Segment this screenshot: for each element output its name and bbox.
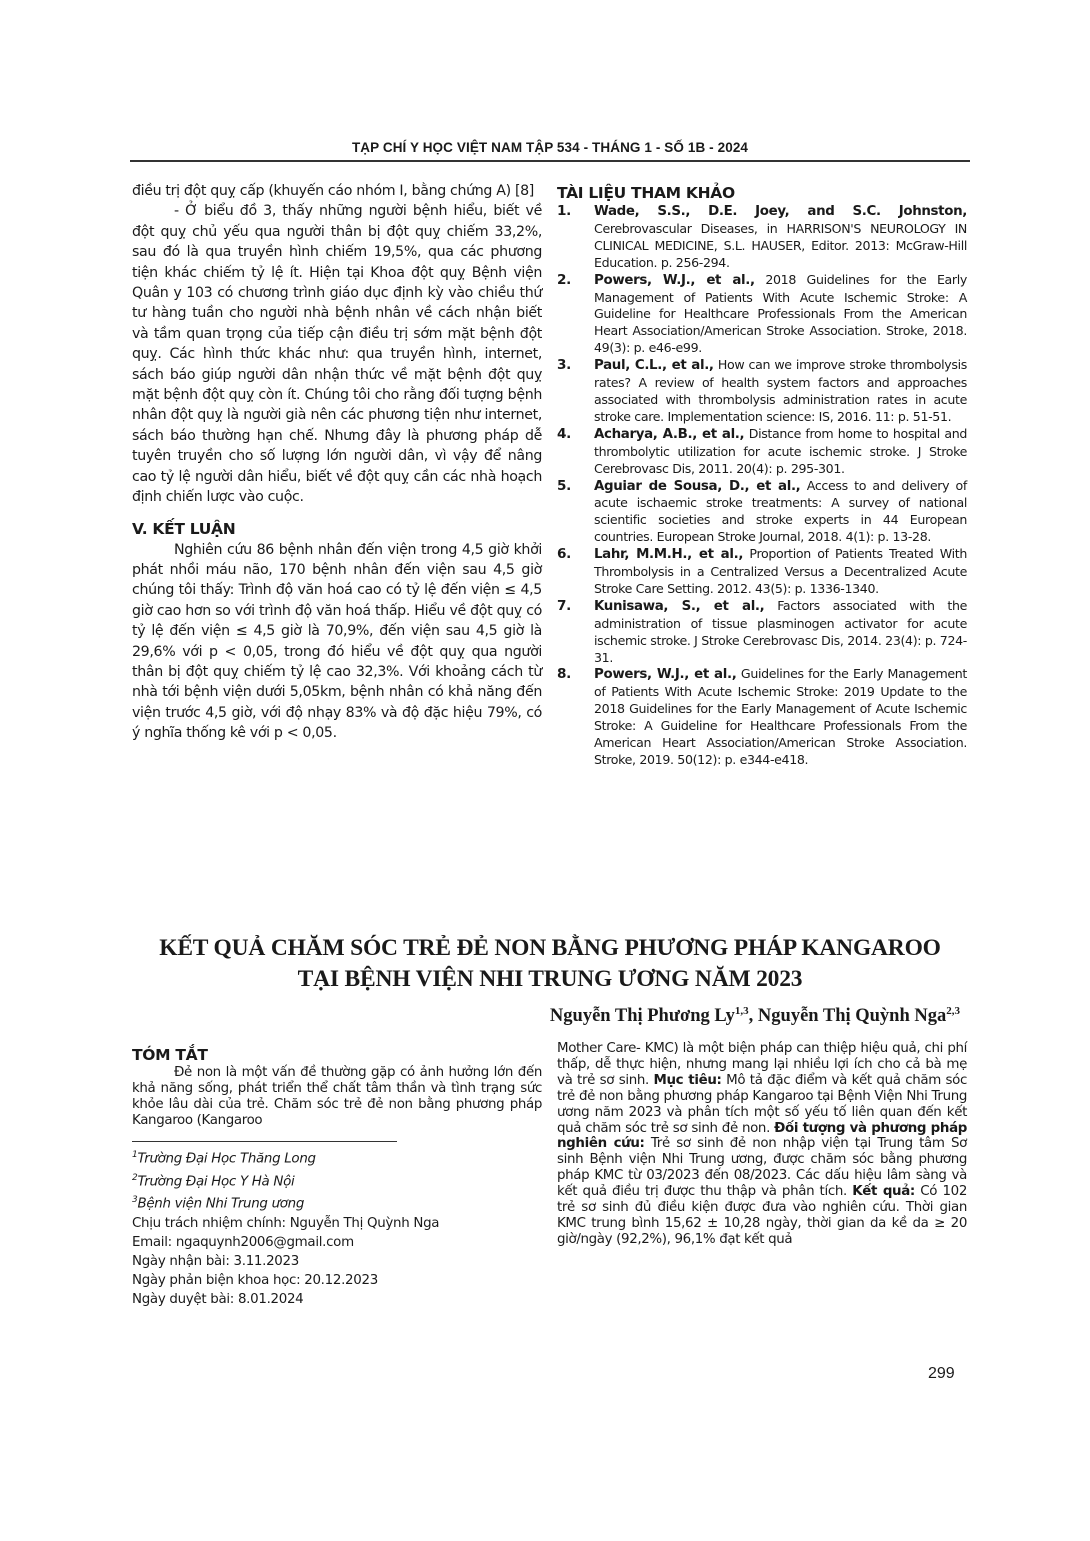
author-affiliation: 1,3 — [735, 1005, 749, 1017]
article-title-line-1: KẾT QUẢ CHĂM SÓC TRẺ ĐẺ NON BẰNG PHƯƠNG … — [130, 933, 970, 964]
references-heading: TÀI LIỆU THAM KHẢO — [557, 183, 967, 203]
email: Email: ngaquynh2006@gmail.com — [132, 1233, 542, 1252]
reference-item: 7. Kunisawa, S., et al., Factors associa… — [557, 598, 967, 667]
author-separator: , — [749, 1006, 758, 1026]
reference-number: 3. — [557, 357, 594, 426]
running-header: TẠP CHÍ Y HỌC VIỆT NAM TẬP 534 - THÁNG 1… — [130, 140, 970, 155]
reference-item: 4. Acharya, A.B., et al., Distance from … — [557, 426, 967, 478]
abstract-heading: TÓM TẮT — [132, 1045, 542, 1065]
reference-author: Aguiar de Sousa, D., et al., — [594, 479, 800, 494]
reference-item: 6. Lahr, M.M.H., et al., Proportion of P… — [557, 546, 967, 598]
reference-number: 7. — [557, 598, 594, 667]
paragraph-continuation: điều trị đột quỵ cấp (khuyến cáo nhóm I,… — [132, 181, 542, 201]
article-title-line-2: TẠI BỆNH VIỆN NHI TRUNG ƯƠNG NĂM 2023 — [130, 964, 970, 995]
abstract-right: Mother Care- KMC) là một biện pháp can t… — [557, 1041, 967, 1248]
reference-author: Powers, W.J., et al., — [594, 667, 736, 682]
abstract-left: TÓM TẮT Đẻ non là một vấn đề thường gặp … — [132, 1045, 542, 1309]
reference-number: 2. — [557, 272, 594, 358]
label-results: Kết quả: — [852, 1184, 915, 1199]
reference-item: 2. Powers, W.J., et al., 2018 Guidelines… — [557, 272, 967, 358]
author-name: Nguyễn Thị Phương Ly — [550, 1006, 735, 1026]
date-reviewed: Ngày phản biện khoa học: 20.12.2023 — [132, 1271, 542, 1290]
reference-number: 4. — [557, 426, 594, 478]
paragraph-discussion: - Ở biểu đồ 3, thấy những người bệnh hiể… — [132, 201, 542, 507]
abstract-text-start: Đẻ non là một vấn đề thường gặp có ảnh h… — [132, 1065, 542, 1129]
reference-number: 8. — [557, 666, 594, 768]
article-title: KẾT QUẢ CHĂM SÓC TRẺ ĐẺ NON BẰNG PHƯƠNG … — [130, 933, 970, 995]
reference-number: 1. — [557, 203, 594, 272]
reference-author: Lahr, M.M.H., et al., — [594, 547, 743, 562]
affiliation-2: 2Trường Đại Học Y Hà Nội — [132, 1169, 542, 1191]
reference-item: 5. Aguiar de Sousa, D., et al., Access t… — [557, 478, 967, 547]
author-list: Nguyễn Thị Phương Ly1,3, Nguyễn Thị Quỳn… — [550, 1005, 960, 1027]
reference-author: Wade, S.S., D.E. Joey, and S.C. Johnston… — [594, 204, 967, 219]
date-accepted: Ngày duyệt bài: 8.01.2024 — [132, 1290, 542, 1309]
reference-number: 5. — [557, 478, 594, 547]
abstract-text-continued: Mother Care- KMC) là một biện pháp can t… — [557, 1041, 967, 1248]
reference-item: 3. Paul, C.L., et al., How can we improv… — [557, 357, 967, 426]
reference-author: Powers, W.J., et al., — [594, 273, 755, 288]
affiliation-3: 3Bệnh viện Nhi Trung ương — [132, 1191, 542, 1213]
left-column-top: điều trị đột quỵ cấp (khuyến cáo nhóm I,… — [132, 181, 542, 744]
reference-author: Acharya, A.B., et al., — [594, 427, 744, 442]
footnote-rule — [132, 1141, 397, 1143]
date-received: Ngày nhận bài: 3.11.2023 — [132, 1252, 542, 1271]
conclusion-heading: V. KẾT LUẬN — [132, 518, 542, 540]
affiliation-1: 1Trường Đại Học Thăng Long — [132, 1146, 542, 1168]
label-objective: Mục tiêu: — [654, 1073, 722, 1088]
conclusion-text: Nghiên cứu 86 bệnh nhân đến viện trong 4… — [132, 540, 542, 744]
reference-number: 6. — [557, 546, 594, 598]
reference-item: 8. Powers, W.J., et al., Guidelines for … — [557, 666, 967, 768]
corresponding-author: Chịu trách nhiệm chính: Nguyễn Thị Quỳnh… — [132, 1214, 542, 1233]
author-name: Nguyễn Thị Quỳnh Nga — [758, 1006, 946, 1026]
references-section: TÀI LIỆU THAM KHẢO 1. Wade, S.S., D.E. J… — [557, 183, 967, 769]
reference-item: 1. Wade, S.S., D.E. Joey, and S.C. Johns… — [557, 203, 967, 272]
reference-author: Kunisawa, S., et al., — [594, 599, 764, 614]
header-rule — [130, 160, 970, 162]
author-affiliation: 2,3 — [946, 1005, 960, 1017]
reference-author: Paul, C.L., et al., — [594, 358, 714, 373]
reference-text: Cerebrovascular Diseases, in HARRISON'S … — [594, 221, 967, 270]
page-number: 299 — [928, 1365, 955, 1383]
